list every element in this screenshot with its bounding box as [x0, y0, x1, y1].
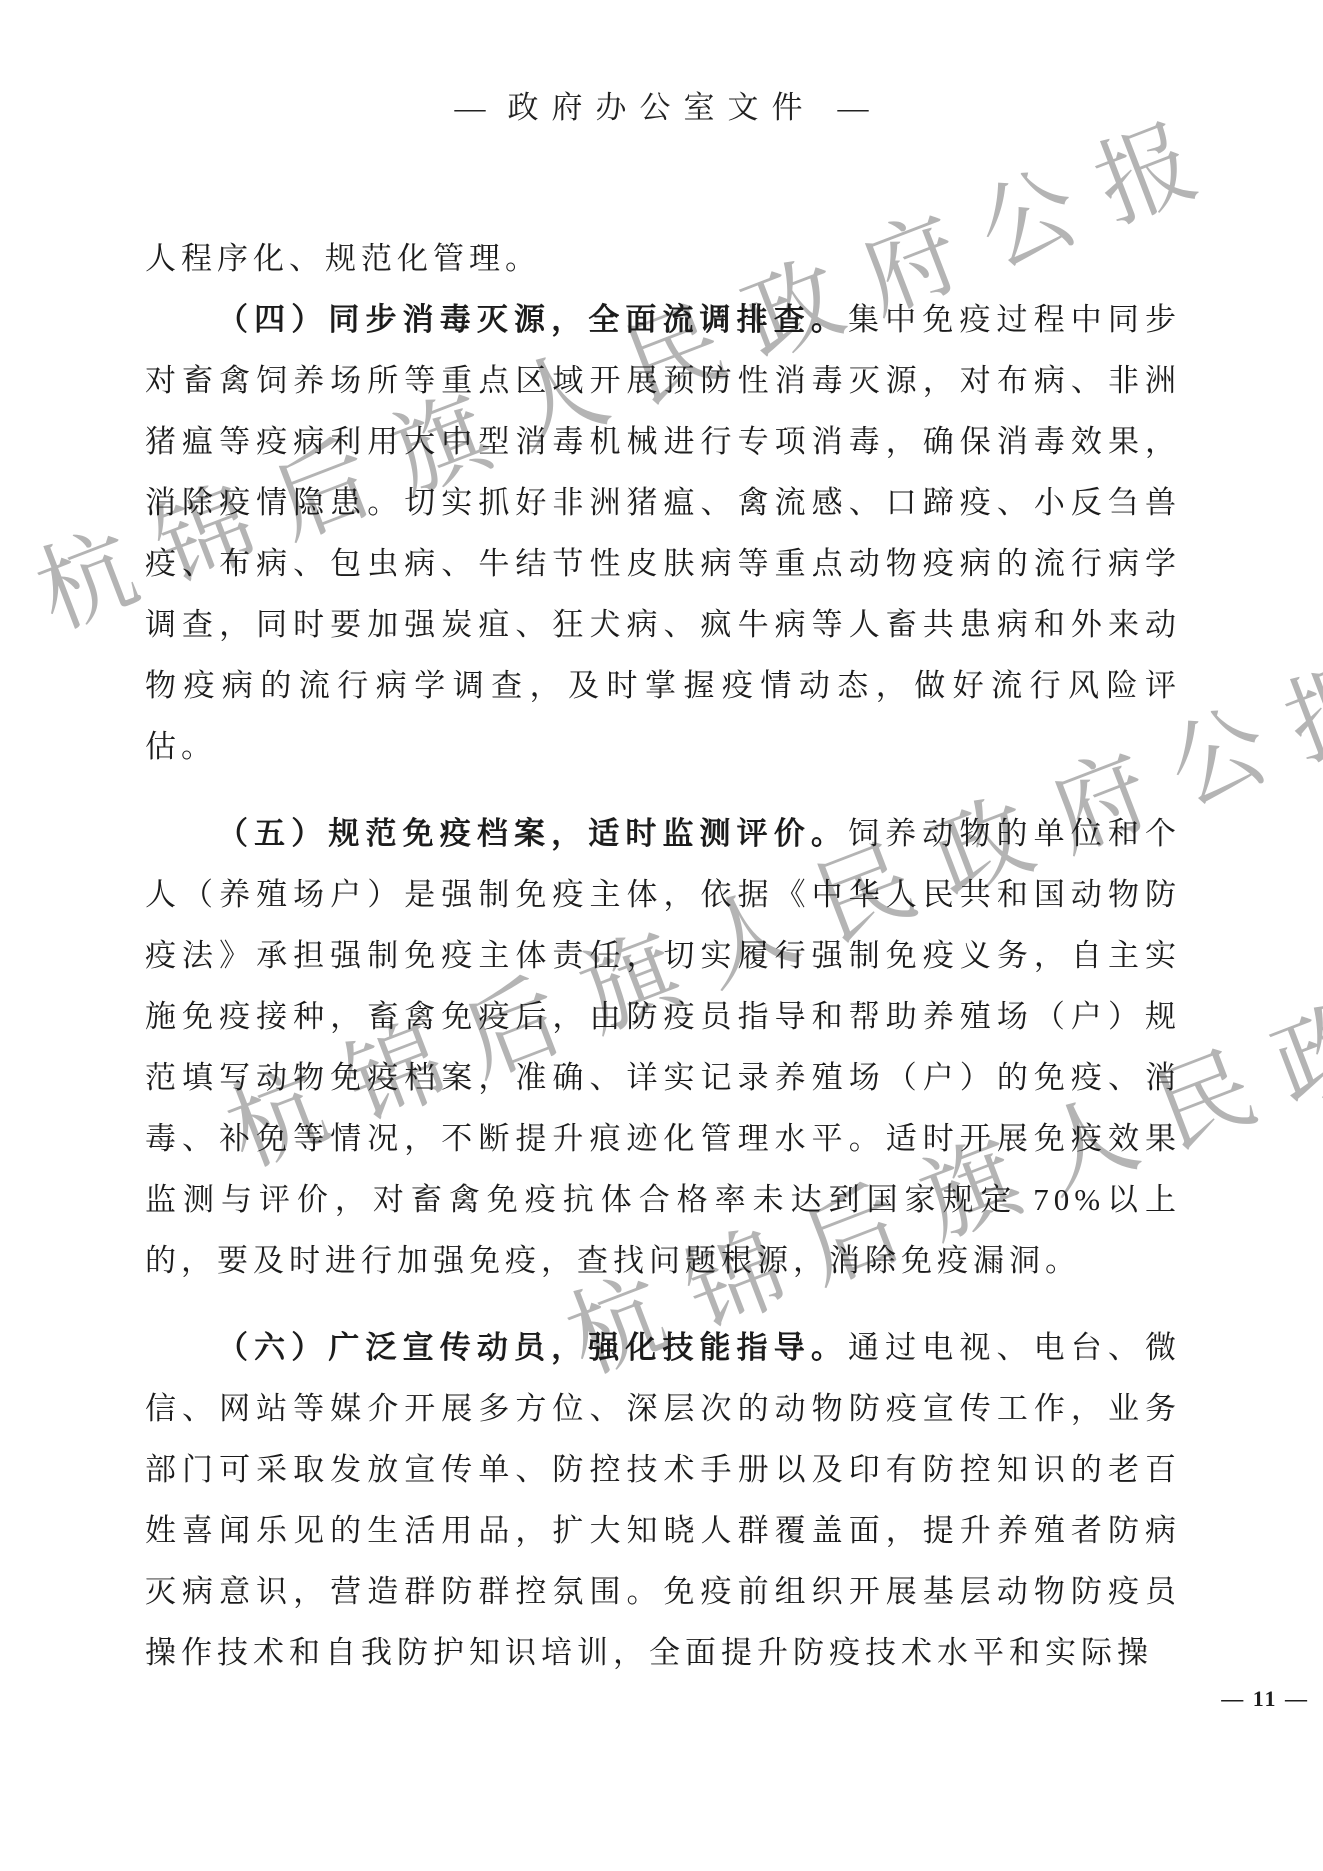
header-right-dash: —	[838, 90, 869, 125]
paragraph-text: 人程序化、规范化管理。	[145, 241, 541, 276]
page-number: — 11 —	[1221, 1686, 1309, 1712]
document-page: 杭锦后旗人民政府公报 杭锦后旗人民政府公报 杭锦后旗人民政府公报 —政府办公室文…	[0, 0, 1323, 1871]
paragraph-section-6: （六）广泛宣传动员，强化技能指导。通过电视、电台、微信、网站等媒介开展多方位、深…	[145, 1317, 1181, 1683]
header-title: 政府办公室文件	[508, 90, 816, 125]
paragraph-section-4: （四）同步消毒灭源，全面流调排查。集中免疫过程中同步对畜禽饲养场所等重点区域开展…	[145, 289, 1181, 777]
paragraph-text: 通过电视、电台、微信、网站等媒介开展多方位、深层次的动物防疫宣传工作，业务部门可…	[145, 1330, 1181, 1670]
section-5-heading: （五）规范免疫档案，适时监测评价。	[217, 816, 848, 851]
paragraph-section-5: （五）规范免疫档案，适时监测评价。饲养动物的单位和个人（养殖场户）是强制免疫主体…	[145, 803, 1181, 1291]
document-header: —政府办公室文件—	[0, 82, 1323, 127]
paragraph-text: 集中免疫过程中同步对畜禽饲养场所等重点区域开展预防性消毒灭源，对布病、非洲猪瘟等…	[145, 302, 1181, 764]
header-left-dash: —	[455, 90, 486, 125]
section-6-heading: （六）广泛宣传动员，强化技能指导。	[217, 1330, 848, 1365]
paragraph-continuation: 人程序化、规范化管理。	[145, 228, 1181, 289]
section-4-heading: （四）同步消毒灭源，全面流调排查。	[217, 302, 848, 337]
document-body: 人程序化、规范化管理。 （四）同步消毒灭源，全面流调排查。集中免疫过程中同步对畜…	[145, 228, 1181, 1683]
paragraph-text: 饲养动物的单位和个人（养殖场户）是强制免疫主体，依据《中华人民共和国动物防疫法》…	[145, 816, 1181, 1278]
